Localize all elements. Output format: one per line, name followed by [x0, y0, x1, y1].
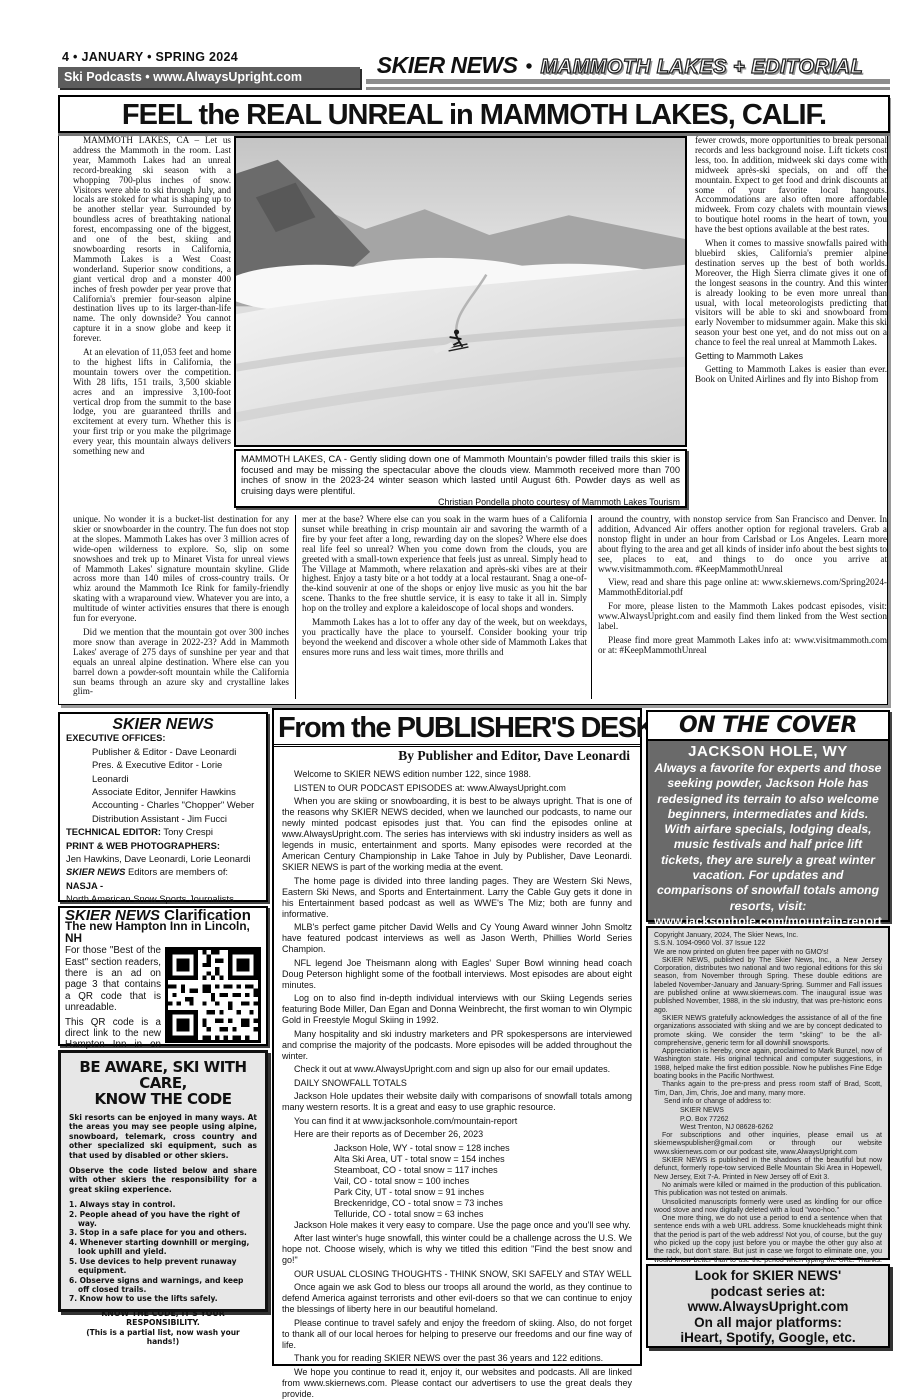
ski-code-rule: 7. Know how to use the lifts safely. — [69, 1294, 257, 1303]
photo-caption: MAMMOTH LAKES, CA - Gently sliding down … — [241, 454, 680, 496]
brand-separator: • — [521, 56, 536, 78]
publisher-paragraph: Here are their reports as of December 26… — [282, 1129, 632, 1140]
ski-code-rule: 6. Observe signs and warnings, and keep … — [69, 1276, 257, 1295]
publisher-paragraph: Jackson Hole makes it very easy to compa… — [282, 1220, 632, 1231]
ski-code-paragraph: Observe the code listed below and share … — [69, 1166, 257, 1194]
snowfall-total-line: Steamboat, CO - total snow = 117 inches — [282, 1165, 632, 1176]
nasja-label: NASJA - — [66, 879, 260, 892]
page-edition-info: 4 • JANUARY • SPRING 2024 — [62, 50, 238, 64]
colophon-paragraph: SKIER NEWS, published by The Skier News,… — [654, 957, 882, 1015]
colophon-box: Copyright January, 2024, The Skier News,… — [646, 926, 890, 1260]
article-paragraph: Did we mention that the mountain got ove… — [73, 628, 289, 697]
publishers-desk-body: Welcome to SKIER NEWS edition number 122… — [274, 766, 640, 1400]
publisher-paragraph: Welcome to SKIER NEWS edition number 122… — [282, 769, 632, 780]
masthead-box: SKIER NEWS EXECUTIVE OFFICES: Publisher … — [58, 712, 268, 902]
publisher-paragraph: Jackson Hole updates their website daily… — [282, 1091, 632, 1113]
mailing-address: SKIER NEWSP.O. Box 77262West Trenton, NJ… — [654, 1107, 882, 1132]
exec-offices-label: EXECUTIVE OFFICES: — [66, 731, 260, 744]
ski-code-footer: KNOW THE CODE, IT'S YOUR RESPONSIBILITY. — [69, 1309, 257, 1328]
address-line: P.O. Box 77262 — [654, 1116, 882, 1124]
membership-rest: Editors are members of: — [125, 866, 228, 877]
article-column-left: MAMMOTH LAKES, CA – Let us address the M… — [73, 136, 231, 514]
publisher-paragraph: After last winter's huge snowfall, this … — [282, 1233, 632, 1266]
publisher-paragraph: NFL legend Joe Theismann along with Eagl… — [282, 958, 632, 991]
podcast-promo-line: podcast series at: — [648, 1284, 888, 1300]
technical-editor-label: TECHNICAL EDITOR: — [66, 826, 161, 837]
technical-editor-line: TECHNICAL EDITOR: Tony Crespi — [66, 825, 260, 838]
ski-code-rule: 5. Use devices to help prevent runaway e… — [69, 1257, 257, 1276]
article-paragraph: For more, please listen to the Mammoth L… — [598, 602, 887, 632]
publisher-paragraph: Thank you for reading SKIER NEWS over th… — [282, 1353, 632, 1364]
colophon-paragraph: Thanks again to the pre-press and press … — [654, 1081, 882, 1098]
ski-code-title: BE AWARE, SKI WITH CARE, KNOW THE CODE — [69, 1059, 257, 1107]
snowfall-total-line: Vail, CO - total snow = 100 inches — [282, 1176, 632, 1187]
colophon-line: We are now printed on gluten free paper … — [654, 949, 882, 957]
photo-caption-box: MAMMOTH LAKES, CA - Gently sliding down … — [234, 449, 687, 508]
snowfall-total-line: Telluride, CO - total snow = 63 inches — [282, 1209, 632, 1220]
masthead-title: SKIER NEWS — [66, 718, 260, 731]
section-title: MAMMOTH LAKES + EDITORIAL — [541, 56, 864, 78]
snowfall-total-line: Alta Ski Area, UT - total snow = 154 inc… — [282, 1154, 632, 1165]
publisher-paragraph: You can find it at www.jacksonhole.com/m… — [282, 1116, 632, 1127]
publisher-paragraph: OUR USUAL CLOSING THOUGHTS - THINK SNOW,… — [282, 1269, 632, 1280]
colophon-paragraph: Unsolicited manuscripts formerly were us… — [654, 1199, 882, 1216]
address-label: Send info or change of address to: — [654, 1098, 882, 1106]
article-paragraph: Getting to Mammoth Lakes is easier than … — [695, 365, 887, 385]
podcast-bar: Ski Podcasts • www.AlwaysUpright.com — [58, 67, 360, 88]
staff-line: Associate Editor, Jennifer Hawkins — [66, 785, 260, 798]
ski-code-title-line2: KNOW THE CODE — [69, 1091, 257, 1107]
technical-editor-name: Tony Crespi — [161, 826, 213, 837]
article-column-middle-lower: mer at the base? Where else can you soak… — [302, 515, 587, 701]
ski-code-rule: 3. Stop in a safe place for you and othe… — [69, 1228, 257, 1237]
on-the-cover-body: JACKSON HOLE, WY Always a favorite for e… — [648, 741, 888, 947]
ski-code-paragraph: Ski resorts can be enjoyed in many ways.… — [69, 1113, 257, 1160]
publisher-paragraph: Once again we ask God to bless our troop… — [282, 1282, 632, 1315]
staff-line: Pres. & Executive Editor - Lorie Leonard… — [66, 758, 260, 785]
article-paragraph: At an elevation of 11,053 feet and home … — [73, 348, 231, 457]
colophon-paragraph: For subscriptions and other inquiries, p… — [654, 1132, 882, 1157]
publisher-paragraph: Please continue to travel safely and enj… — [282, 1318, 632, 1351]
colophon-paragraph: No animals were killed or maimed in the … — [654, 1182, 882, 1199]
article-paragraph: unique. No wonder it is a bucket-list de… — [73, 515, 289, 624]
snowfall-totals-list: Jackson Hole, WY - total snow = 128 inch… — [282, 1143, 632, 1220]
podcast-promo-line: Look for SKIER NEWS' — [648, 1268, 888, 1284]
article-column-right: fewer crowds, more opportunities to brea… — [695, 136, 887, 514]
colophon-line: S.S.N. 1094-0960 Vol. 37 Issue 122 — [654, 940, 882, 948]
publishers-desk-title: From the PUBLISHER'S DESK: — [278, 712, 636, 744]
article-subhead: Getting to Mammoth Lakes — [695, 352, 887, 362]
snowfall-total-line: Park City, UT - total snow = 91 inches — [282, 1187, 632, 1198]
photographers-names: Jen Hawkins, Dave Leonardi, Lorie Leonar… — [66, 852, 260, 865]
article-column-left-lower: unique. No wonder it is a bucket-list de… — [73, 515, 289, 701]
photo-credit: Christian Pondella photo courtesy of Mam… — [241, 497, 680, 508]
publishers-desk-byline: By Publisher and Editor, Dave Leonardi — [274, 747, 640, 766]
snowfall-total-line: Breckenridge, CO - total snow = 73 inche… — [282, 1198, 632, 1209]
article-paragraph: Mammoth Lakes has a lot to offer any day… — [302, 618, 587, 658]
article-paragraph: When it comes to massive snowfalls paire… — [695, 239, 887, 348]
on-the-cover-title: ON THE COVER — [679, 713, 857, 738]
article-paragraph: View, read and share this page online at… — [598, 578, 887, 598]
on-the-cover-box: ON THE COVER JACKSON HOLE, WY Always a f… — [646, 710, 890, 922]
mountain-photo-illustration — [236, 138, 685, 445]
podcast-promo-line: iHeart, Spotify, Google, etc. — [648, 1330, 888, 1346]
article-paragraph: mer at the base? Where else can you soak… — [302, 515, 587, 614]
clarification-box: SKIER NEWS Clarification The new Hampton… — [58, 906, 268, 1046]
colophon-paragraphs-b: For subscriptions and other inquiries, p… — [654, 1132, 882, 1273]
header-rule — [366, 79, 890, 84]
publisher-paragraph: We hope you continue to read it, enjoy i… — [282, 1367, 632, 1400]
publisher-paragraph: When you are skiing or snowboarding, it … — [282, 796, 632, 873]
column-rule — [295, 515, 296, 699]
ski-code-rule: 1. Always stay in control. — [69, 1200, 257, 1209]
on-the-cover-title-bar: ON THE COVER — [648, 712, 888, 741]
main-article: FEEL the REAL UNREAL in MAMMOTH LAKES, C… — [58, 95, 888, 705]
ski-code-title-line1: BE AWARE, SKI WITH CARE, — [69, 1059, 257, 1091]
article-column-right-lower: around the country, with nonstop service… — [598, 515, 887, 701]
publisher-paragraph: LISTEN to OUR PODCAST EPISODES at: www.A… — [282, 783, 632, 794]
photographers-label: PRINT & WEB PHOTOGRAPHERS: — [66, 839, 260, 852]
article-paragraph: MAMMOTH LAKES, CA – Let us address the M… — [73, 136, 231, 344]
podcast-promo-line: On all major platforms: — [648, 1315, 888, 1331]
colophon-paragraph: SKIER NEWS is published in the shadows o… — [654, 1157, 882, 1182]
colophon-header-lines: Copyright January, 2024, The Skier News,… — [654, 932, 882, 957]
skier-photo — [234, 136, 687, 447]
publisher-paragraph: The home page is divided into three land… — [282, 876, 632, 920]
publishers-desk-title-box: From the PUBLISHER'S DESK: — [274, 710, 640, 747]
staff-line: Accounting - Charles "Chopper" Weber — [66, 798, 260, 811]
qr-code — [165, 947, 261, 1043]
colophon-paragraph: Appreciation is hereby, once again, proc… — [654, 1048, 882, 1081]
publisher-paragraph: DAILY SNOWFALL TOTALS — [282, 1078, 632, 1089]
colophon-paragraphs-a: SKIER NEWS, published by The Skier News,… — [654, 957, 882, 1098]
article-headline: FEEL the REAL UNREAL in MAMMOTH LAKES, C… — [60, 97, 888, 133]
cover-resort-name: JACKSON HOLE, WY — [654, 743, 882, 760]
ski-code-rule: 4. Whenever starting downhill or merging… — [69, 1238, 257, 1257]
address-line: West Trenton, NJ 08628-6262 — [654, 1124, 882, 1132]
membership-brand: SKIER NEWS — [66, 866, 125, 877]
ski-code-intro: Ski resorts can be enjoyed in many ways.… — [69, 1113, 257, 1194]
address-line: SKIER NEWS — [654, 1107, 882, 1115]
publisher-paragraph: Many hospitality and ski industry market… — [282, 1029, 632, 1062]
header-rule — [366, 87, 890, 90]
colophon-line: Copyright January, 2024, The Skier News,… — [654, 932, 882, 940]
membership-line: SKIER NEWS Editors are members of: — [66, 865, 260, 878]
exec-offices-list: Publisher & Editor - Dave LeonardiPres. … — [66, 745, 260, 825]
publisher-paragraph: MLB's perfect game pitcher David Wells a… — [282, 922, 632, 955]
article-paragraph: Please find more great Mammoth Lakes inf… — [598, 636, 887, 656]
publisher-paragraph: Check it out at www.AlwaysUpright.com an… — [282, 1064, 632, 1075]
ski-code-rules: 1. Always stay in control.2. People ahea… — [69, 1200, 257, 1303]
ski-code-box: BE AWARE, SKI WITH CARE, KNOW THE CODE S… — [58, 1050, 268, 1312]
publisher-paragraph: Log on to also find in-depth individual … — [282, 993, 632, 1026]
podcast-promo-line: www.AlwaysUpright.com — [648, 1299, 888, 1315]
headline-box: FEEL the REAL UNREAL in MAMMOTH LAKES, C… — [58, 95, 890, 133]
podcast-promo-box: Look for SKIER NEWS'podcast series at:ww… — [646, 1264, 890, 1348]
cover-description: Always a favorite for experts and those … — [654, 761, 882, 914]
ski-code-rule: 2. People ahead of you have the right of… — [69, 1210, 257, 1229]
column-rule — [591, 515, 592, 699]
article-paragraph: fewer crowds, more opportunities to brea… — [695, 136, 887, 235]
colophon-paragraph: SKIER NEWS gratefully acknowledges the a… — [654, 1015, 882, 1048]
article-paragraph: around the country, with nonstop service… — [598, 515, 887, 574]
staff-line: Distribution Assistant - Jim Fucci — [66, 812, 260, 825]
qr-code-pattern — [168, 950, 258, 1040]
snowfall-total-line: Jackson Hole, WY - total snow = 128 inch… — [282, 1143, 632, 1154]
brand-title: SKIER NEWS — [377, 52, 518, 78]
newspaper-brand: SKIER NEWS • MAMMOTH LAKES + EDITORIAL — [350, 52, 890, 79]
ski-code-footnote: (This is a partial list, now wash your h… — [69, 1328, 257, 1347]
staff-line: Publisher & Editor - Dave Leonardi — [66, 745, 260, 758]
clarification-subtitle: The new Hampton Inn in Lincoln, NH — [65, 921, 261, 944]
publishers-desk: From the PUBLISHER'S DESK: By Publisher … — [272, 708, 642, 1366]
